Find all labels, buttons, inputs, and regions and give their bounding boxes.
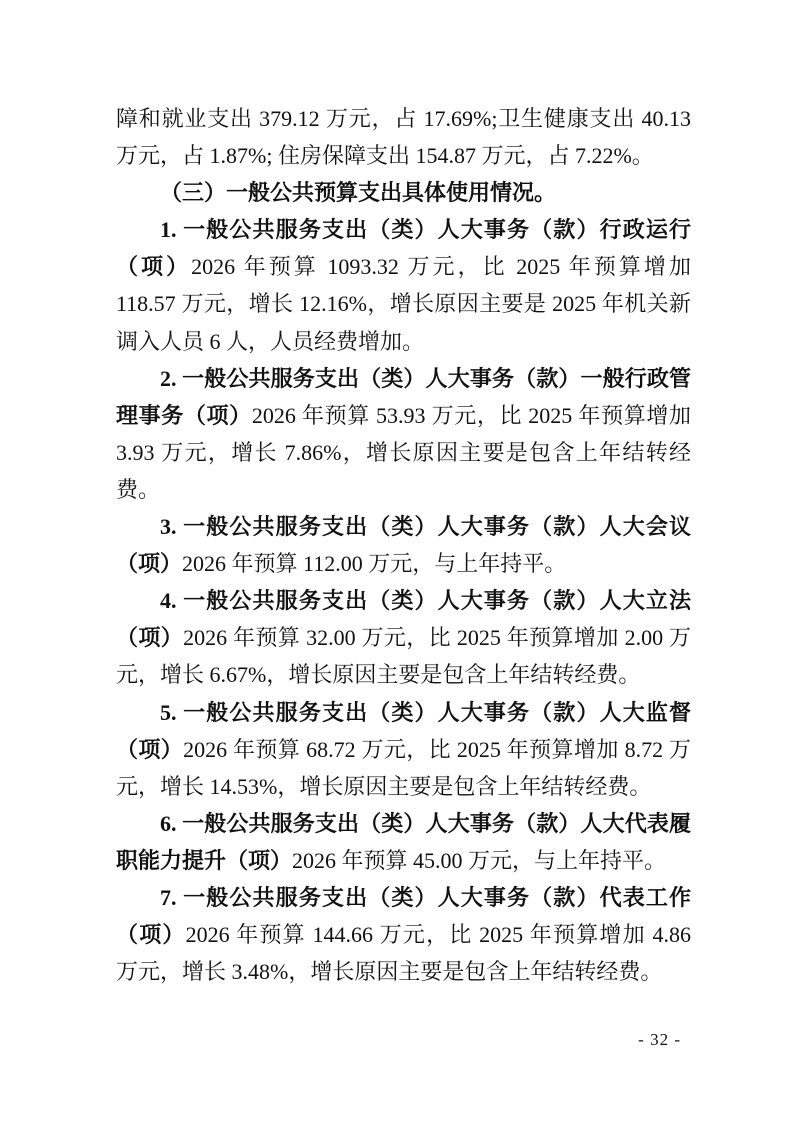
budget-item-6: 6. 一般公共服务支出（类）人大事务（款）人大代表履职能力提升（项）2026 年… (116, 805, 691, 879)
budget-item-6-body: 2026 年预算 45.00 万元，与上年持平。 (292, 848, 666, 873)
section-heading: （三）一般公共预算支出具体使用情况。 (116, 174, 691, 211)
budget-item-5-body: 2026 年预算 68.72 万元，比 2025 年预算增加 8.72 万元，增… (116, 737, 691, 799)
budget-item-1: 1. 一般公共服务支出（类）人大事务（款）行政运行（项）2026 年预算 109… (116, 211, 691, 359)
document-page: 障和就业支出 379.12 万元，占 17.69%;卫生健康支出 40.13 万… (0, 0, 793, 1122)
budget-item-4-body: 2026 年预算 32.00 万元，比 2025 年预算增加 2.00 万元，增… (116, 625, 691, 687)
budget-item-7-body: 2026 年预算 144.66 万元，比 2025 年预算增加 4.86 万元，… (116, 922, 691, 984)
budget-item-7: 7. 一般公共服务支出（类）人大事务（款）代表工作（项）2026 年预算 144… (116, 879, 691, 990)
budget-item-3-body: 2026 年预算 112.00 万元，与上年持平。 (182, 551, 566, 576)
budget-item-5: 5. 一般公共服务支出（类）人大事务（款）人大监督（项）2026 年预算 68.… (116, 694, 691, 805)
budget-item-4: 4. 一般公共服务支出（类）人大事务（款）人大立法（项）2026 年预算 32.… (116, 582, 691, 693)
page-number: - 32 - (638, 1030, 681, 1050)
budget-item-2: 2. 一般公共服务支出（类）人大事务（款）一般行政管理事务（项）2026 年预算… (116, 360, 691, 508)
intro-paragraph: 障和就业支出 379.12 万元，占 17.69%;卫生健康支出 40.13 万… (116, 100, 691, 174)
budget-item-3: 3. 一般公共服务支出（类）人大事务（款）人大会议（项）2026 年预算 112… (116, 508, 691, 582)
page-content: 障和就业支出 379.12 万元，占 17.69%;卫生健康支出 40.13 万… (116, 100, 691, 990)
budget-item-1-body: 2026 年预算 1093.32 万元，比 2025 年预算增加 118.57 … (116, 254, 691, 353)
